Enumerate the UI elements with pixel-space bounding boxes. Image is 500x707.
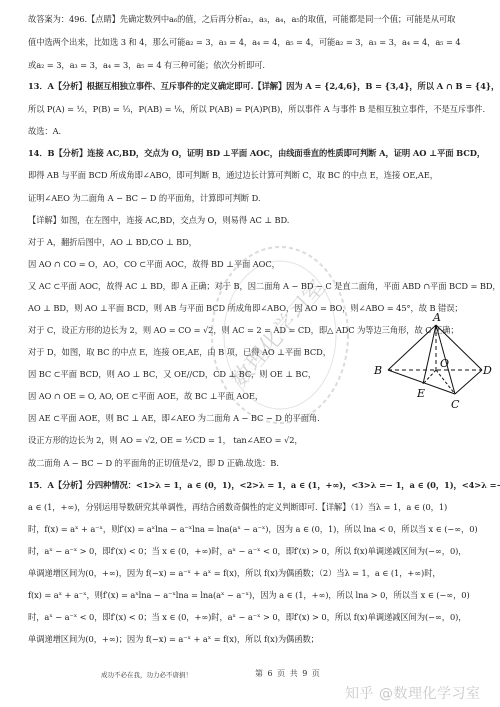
- label-D: D: [482, 364, 492, 377]
- question-15-line: 15．A【分析】分四种情况：<1>λ = 1，a ∈ (0，1)，<2>λ = …: [28, 480, 500, 491]
- label-A: A: [432, 311, 441, 324]
- zhihu-watermark: 知乎 @数理化学习室: [345, 683, 480, 703]
- label-C: C: [451, 398, 460, 411]
- pyramid-figure: A B D O E C: [365, 310, 495, 420]
- footer-motto: 成功不必在我，功力必不唐捐！: [101, 670, 192, 679]
- question-13-line: 13．A【分析】根据互相独立事件、互斥事件的定义确定即可.【详解】因为 A = …: [28, 81, 499, 92]
- label-O: O: [440, 357, 449, 370]
- text-line: 即得 AB 与平面 BCD 所成角即∠ABO，即可判断 B，通过边长计算可判断 …: [28, 170, 438, 181]
- text-line: 对于 A，翻折后图中，AO ⊥ BD,CO ⊥ BD，: [28, 237, 197, 248]
- text-line: 时，aˣ − a⁻ˣ < 0，即f′(x) < 0；当 x ∈ (0，+∞)时，…: [28, 612, 466, 623]
- page-number: 第 6 页 共 9 页: [255, 668, 321, 679]
- text-line: 时，aˣ − a⁻ˣ > 0，即f′(x) < 0；当 x ∈ (0，+∞)时，…: [28, 546, 466, 557]
- label-E: E: [416, 387, 425, 400]
- text-line: 单调递增区间为(0，+∞)；因为 f(−x) = a⁻ˣ + aˣ = f(x)…: [28, 634, 319, 645]
- text-line: f(x) = aˣ + a⁻ˣ，则f′(x) = aˣlna − a⁻ˣlna …: [28, 590, 470, 601]
- stamp-watermark: 数理化学习室: [205, 240, 355, 430]
- text-line: 所以 P(A) = ½，P(B) = ⅓，P(AB) = ⅙，所以 P(AB) …: [28, 104, 485, 115]
- text-line: a ∈ (1，+∞)，分别运用导数研究其单调性，再结合函数奇偶性的定义判断即可.…: [28, 502, 447, 513]
- text-line: 单调递增区间为(0，+∞)，因为 f(−x) = a⁻ˣ + aˣ = f(x)…: [28, 568, 441, 579]
- text-line: 故选：A.: [28, 126, 61, 137]
- label-B: B: [373, 364, 382, 377]
- question-14-line: 14．B【分析】连接 AC,BD，交点为 O，证明 BD ⊥平面 AOC，由线面…: [28, 148, 485, 159]
- edge-AB: [388, 325, 436, 370]
- stamp-text: 数理化学习室: [227, 275, 331, 392]
- text-line: 或a₂ = 3，a₃ = 3，a₄ = 3，a₅ = 4 有三种可能；依次分析即…: [28, 60, 265, 71]
- text-line: 证明∠AEO 为二面角 A − BC − D 的平面角，计算即可判断 D.: [28, 193, 260, 204]
- text-line: 故二面角 A − BC − D 的平面角的正切值是√2，即 D 正确.故选：B.: [28, 458, 279, 469]
- text-line: 值中选两个出来，比如选 3 和 4，那么可能a₂ = 3，a₃ = 4，a₄ =…: [28, 37, 461, 48]
- edge-CD: [455, 370, 482, 394]
- text-line: 故答案为：496.【点睛】先确定数列中a₆的值，之后再分析a₂，a₃，a₄，a₅…: [28, 14, 455, 25]
- text-line: 时，f(x) = aˣ + a⁻ˣ，则f′(x) = aˣlna − a⁻ˣln…: [28, 524, 478, 535]
- text-line: 【详解】如图，在左图中，连接 AC,BD，交点为 O，则易得 AC ⊥ BD.: [28, 215, 289, 226]
- text-line: 设正方形的边长为 2，则 AO = √2, OE = ½CD = 1， tan∠…: [28, 435, 303, 446]
- document-page: 故答案为：496.【点睛】先确定数列中a₆的值，之后再分析a₂，a₃，a₄，a₅…: [0, 0, 500, 707]
- edge-AE: [423, 325, 436, 384]
